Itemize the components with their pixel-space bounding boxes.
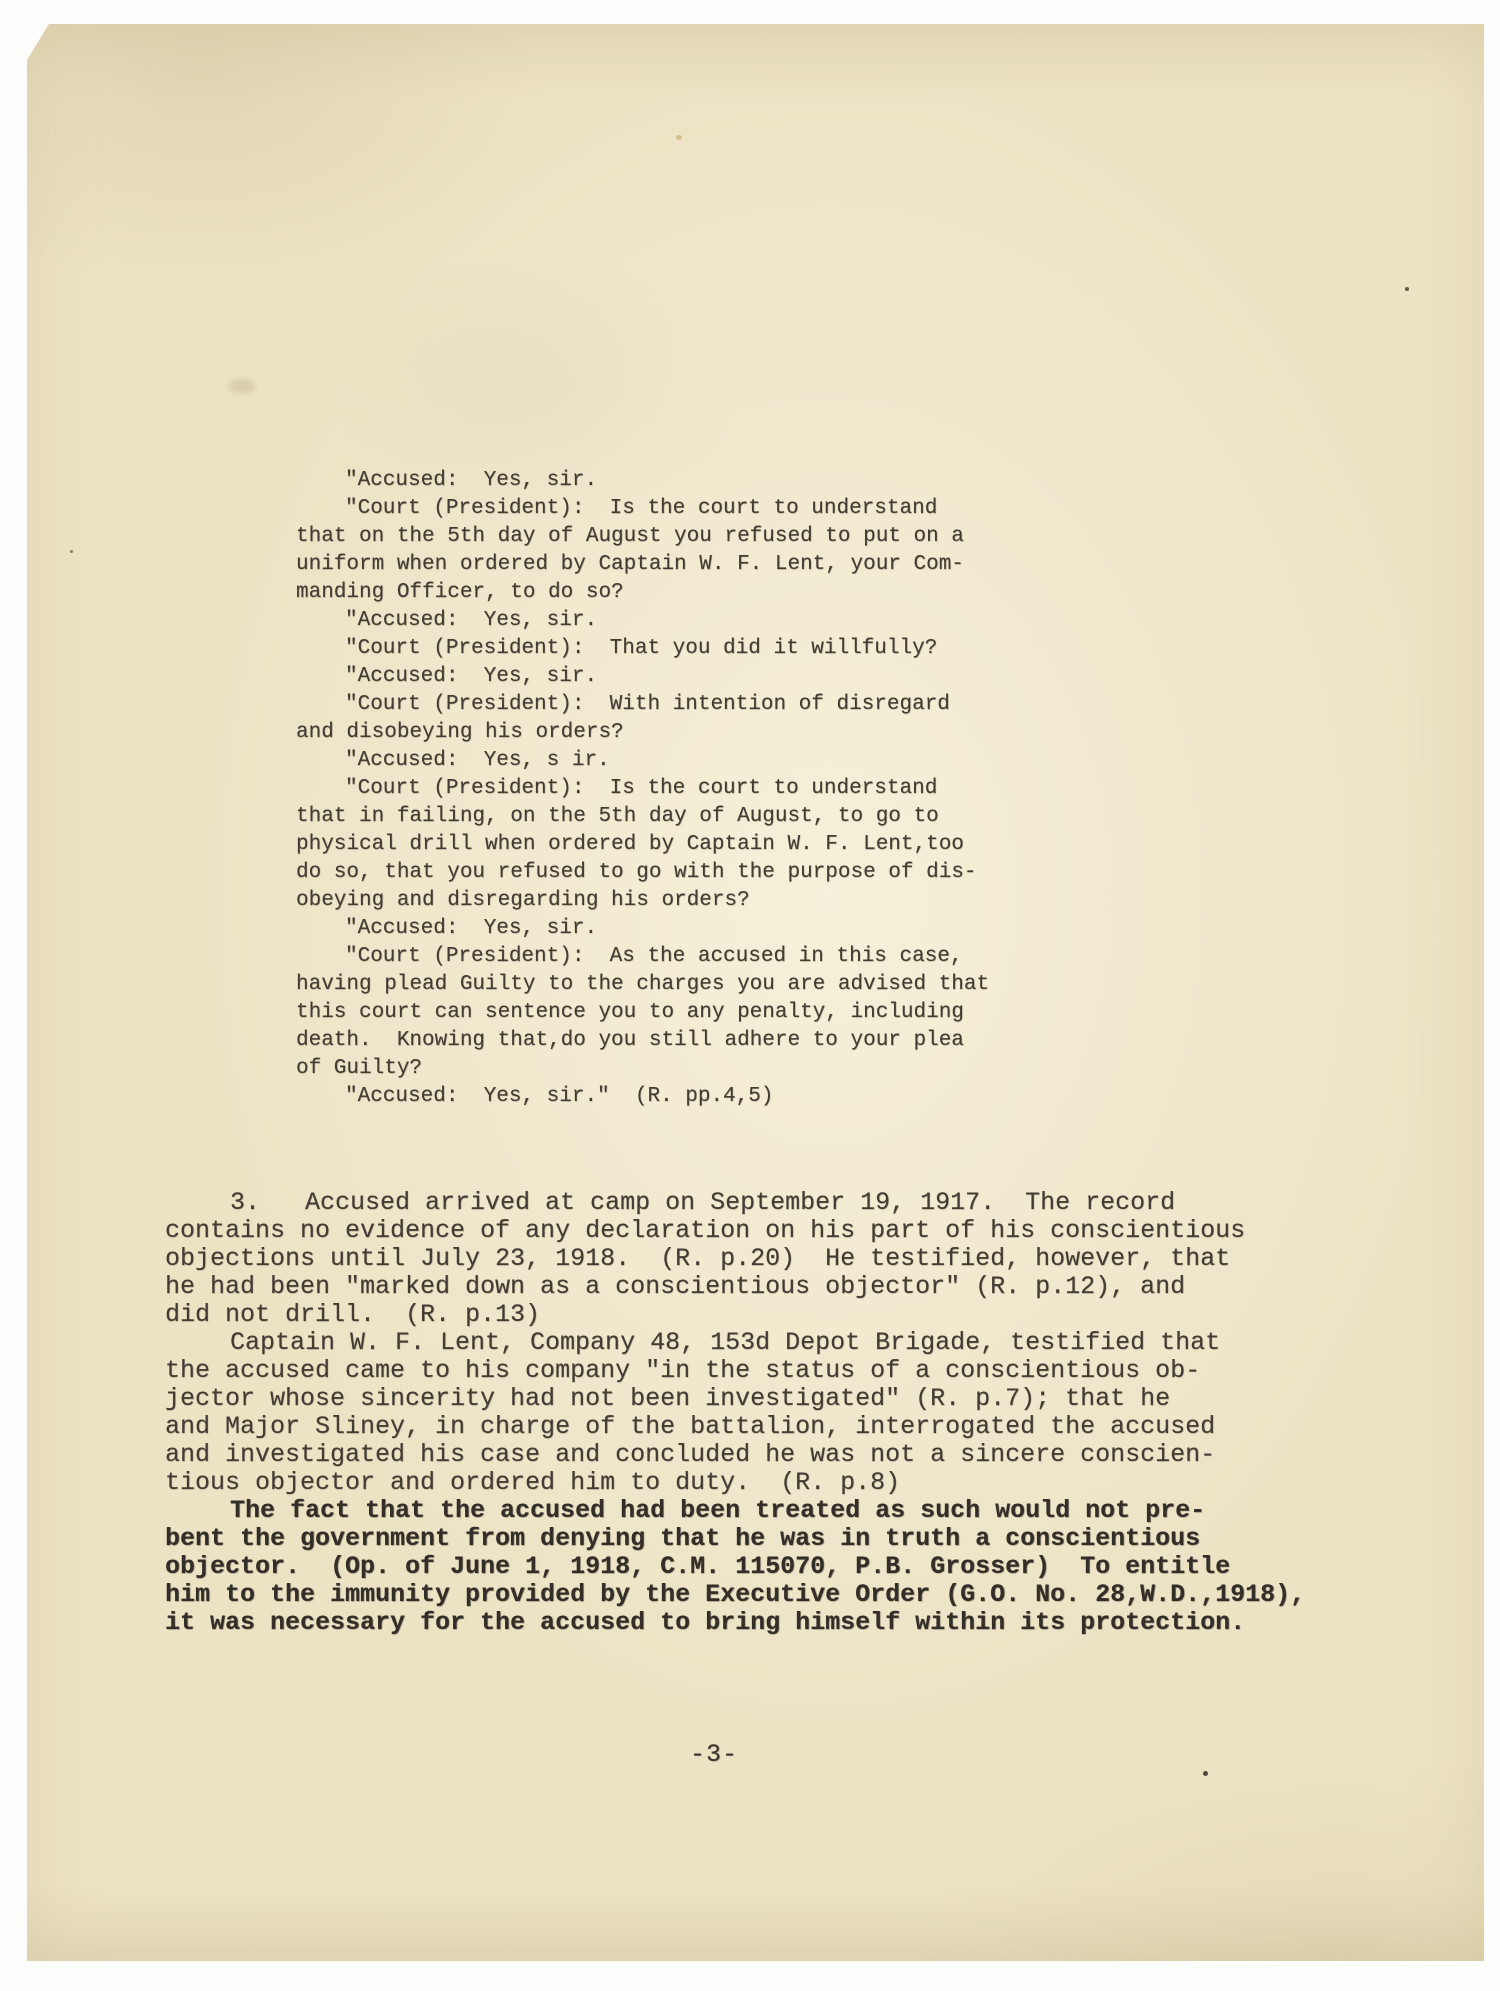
page-number: -3- <box>690 1740 738 1769</box>
typewritten-line: the accused came to his company "in the … <box>165 1357 1305 1385</box>
typewritten-line: objector. (Op. of June 1, 1918, C.M. 115… <box>165 1553 1305 1581</box>
court-transcript-quote: "Accused: Yes, sir."Court (President): I… <box>165 467 989 1111</box>
paper-speck <box>676 135 682 140</box>
typewritten-line: "Accused: Yes, s ir. <box>165 747 989 775</box>
typewritten-line: contains no evidence of any declaration … <box>165 1217 1305 1245</box>
paper-speck <box>70 550 73 553</box>
typewritten-line: obeying and disregarding his orders? <box>165 887 989 915</box>
typewritten-line: having plead Guilty to the charges you a… <box>165 971 989 999</box>
typewritten-line: did not drill. (R. p.13) <box>165 1301 1305 1329</box>
typewritten-line: "Court (President): That you did it will… <box>165 635 989 663</box>
typewritten-line: "Court (President): As the accused in th… <box>165 943 989 971</box>
typewritten-line: manding Officer, to do so? <box>165 579 989 607</box>
typewritten-line: "Accused: Yes, sir." (R. pp.4,5) <box>165 1083 989 1111</box>
typewritten-line: "Accused: Yes, sir. <box>165 663 989 691</box>
typewritten-line: do so, that you refused to go with the p… <box>165 859 989 887</box>
paper-speck <box>1405 287 1409 291</box>
typewritten-line: "Court (President): Is the court to unde… <box>165 775 989 803</box>
typewritten-line: "Court (President): Is the court to unde… <box>165 495 989 523</box>
typewritten-line: him to the immunity provided by the Exec… <box>165 1581 1305 1609</box>
document-page: "Accused: Yes, sir."Court (President): I… <box>27 24 1484 1961</box>
paper-speck <box>1203 1771 1208 1776</box>
typewritten-line: "Court (President): With intention of di… <box>165 691 989 719</box>
typewritten-line: and disobeying his orders? <box>165 719 989 747</box>
typewritten-line: this court can sentence you to any penal… <box>165 999 989 1027</box>
typewritten-line: "Accused: Yes, sir. <box>165 607 989 635</box>
typewritten-line: that in failing, on the 5th day of Augus… <box>165 803 989 831</box>
typewritten-line: jector whose sincerity had not been inve… <box>165 1385 1305 1413</box>
scan-background: "Accused: Yes, sir."Court (President): I… <box>0 0 1500 1991</box>
typewritten-line: it was necessary for the accused to brin… <box>165 1609 1305 1637</box>
typewritten-line: "Accused: Yes, sir. <box>165 915 989 943</box>
typewritten-line: and Major Sliney, in charge of the batta… <box>165 1413 1305 1441</box>
paper-smudge <box>229 379 255 393</box>
typewritten-line: of Guilty? <box>165 1055 989 1083</box>
typewritten-line: uniform when ordered by Captain W. F. Le… <box>165 551 989 579</box>
typewritten-line: and investigated his case and concluded … <box>165 1441 1305 1469</box>
typewritten-line: that on the 5th day of August you refuse… <box>165 523 989 551</box>
typewritten-line: death. Knowing that,do you still adhere … <box>165 1027 989 1055</box>
typewritten-line: physical drill when ordered by Captain W… <box>165 831 989 859</box>
typewritten-line: objections until July 23, 1918. (R. p.20… <box>165 1245 1305 1273</box>
typewritten-line: Captain W. F. Lent, Company 48, 153d Dep… <box>165 1329 1305 1357</box>
typewritten-line: The fact that the accused had been treat… <box>165 1497 1305 1525</box>
body-paragraphs: 3. Accused arrived at camp on September … <box>165 1189 1305 1637</box>
typewritten-line: tious objector and ordered him to duty. … <box>165 1469 1305 1497</box>
typewritten-line: he had been "marked down as a conscienti… <box>165 1273 1305 1301</box>
typewritten-line: "Accused: Yes, sir. <box>165 467 989 495</box>
typewritten-line: 3. Accused arrived at camp on September … <box>165 1189 1305 1217</box>
typewritten-line: bent the government from denying that he… <box>165 1525 1305 1553</box>
